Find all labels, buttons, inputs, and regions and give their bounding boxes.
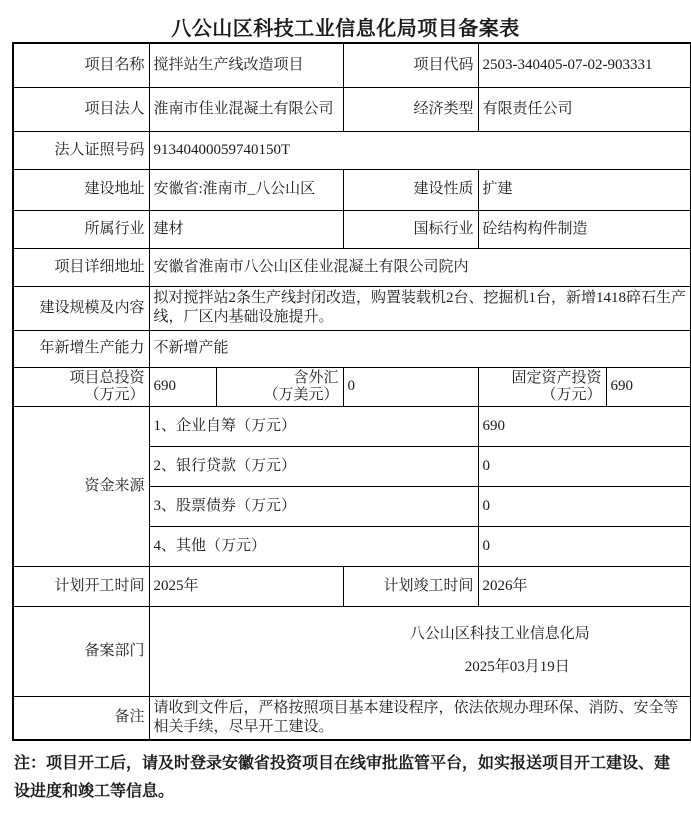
row-funding-1: 资金来源 1、企业自筹（万元） 690	[13, 406, 691, 446]
completion-time-label: 计划竣工时间	[343, 566, 478, 606]
row-construction-address: 建设地址 安徽省:淮南市_八公山区 建设性质 扩建	[13, 169, 691, 210]
completion-time-value: 2026年	[478, 566, 691, 606]
national-industry-label: 国标行业	[343, 210, 478, 248]
construction-nature-value: 扩建	[478, 169, 691, 210]
project-name-value: 搅拌站生产线改造项目	[149, 43, 343, 87]
filing-department-label: 备案部门	[13, 606, 149, 696]
funding-item-4-value: 0	[478, 526, 691, 566]
new-capacity-label: 年新增生产能力	[13, 330, 149, 367]
fixed-assets-label: 固定资产投资 （万元）	[478, 367, 606, 406]
industry-value: 建材	[149, 210, 343, 248]
row-detailed-address: 项目详细地址 安徽省淮南市八公山区佳业混凝土有限公司院内	[13, 248, 691, 286]
new-capacity-value: 不新增产能	[149, 330, 691, 367]
foreign-exchange-value: 0	[343, 367, 478, 406]
remarks-label: 备注	[13, 696, 149, 740]
funding-item-2-value: 0	[478, 446, 691, 486]
project-name-label: 项目名称	[13, 43, 149, 87]
row-project-name: 项目名称 搅拌站生产线改造项目 项目代码 2503-340405-07-02-9…	[13, 43, 691, 87]
row-schedule: 计划开工时间 2025年 计划竣工时间 2026年	[13, 566, 691, 606]
scale-content-label: 建设规模及内容	[13, 286, 149, 330]
filing-department-cell: 八公山区科技工业信息化局 2025年03月19日	[149, 606, 691, 696]
filing-department-date: 2025年03月19日	[154, 658, 687, 677]
row-legal-person: 项目法人 淮南市佳业混凝土有限公司 经济类型 有限责任公司	[13, 87, 691, 131]
row-investment: 项目总投资 （万元） 690 含外汇 （万美元） 0 固定资产投资 （万元） 6…	[13, 367, 691, 406]
footnote: 注：项目开工后，请及时登录安徽省投资项目在线审批监管平台，如实报送项目开工建设、…	[14, 750, 677, 806]
license-number-value: 91340400059740150T	[149, 131, 691, 169]
funding-item-3-value: 0	[478, 486, 691, 526]
funding-item-3-label: 3、股票债券（万元）	[149, 486, 478, 526]
license-number-label: 法人证照号码	[13, 131, 149, 169]
remarks-value: 请收到文件后，严格按照项目基本建设程序，依法依规办理环保、消防、安全等相关手续，…	[149, 696, 691, 740]
legal-person-label: 项目法人	[13, 87, 149, 131]
funding-label: 资金来源	[13, 406, 149, 566]
funding-item-4-label: 4、其他（万元）	[149, 526, 478, 566]
construction-nature-label: 建设性质	[343, 169, 478, 210]
funding-item-1-value: 690	[478, 406, 691, 446]
row-remarks: 备注 请收到文件后，严格按照项目基本建设程序，依法依规办理环保、消防、安全等相关…	[13, 696, 691, 740]
national-industry-value: 砼结构构件制造	[478, 210, 691, 248]
foreign-exchange-label: 含外汇 （万美元）	[216, 367, 343, 406]
scale-content-value: 拟对搅拌站2条生产线封闭改造，购置装载机2台、挖掘机1台，新增1418碎石生产线…	[149, 286, 691, 330]
row-filing-department: 备案部门 八公山区科技工业信息化局 2025年03月19日	[13, 606, 691, 696]
filing-form-table: 项目名称 搅拌站生产线改造项目 项目代码 2503-340405-07-02-9…	[12, 42, 691, 741]
row-new-capacity: 年新增生产能力 不新增产能	[13, 330, 691, 367]
funding-item-2-label: 2、银行贷款（万元）	[149, 446, 478, 486]
row-industry: 所属行业 建材 国标行业 砼结构构件制造	[13, 210, 691, 248]
page-title: 八公山区科技工业信息化局项目备案表	[0, 0, 691, 42]
start-time-value: 2025年	[149, 566, 343, 606]
funding-item-1-label: 1、企业自筹（万元）	[149, 406, 478, 446]
project-code-label: 项目代码	[343, 43, 478, 87]
project-code-value: 2503-340405-07-02-903331	[478, 43, 691, 87]
economic-type-label: 经济类型	[343, 87, 478, 131]
total-investment-label: 项目总投资 （万元）	[13, 367, 149, 406]
row-scale-content: 建设规模及内容 拟对搅拌站2条生产线封闭改造，购置装载机2台、挖掘机1台，新增1…	[13, 286, 691, 330]
row-license-number: 法人证照号码 91340400059740150T	[13, 131, 691, 169]
fixed-assets-value: 690	[606, 367, 691, 406]
economic-type-value: 有限责任公司	[478, 87, 691, 131]
total-investment-value: 690	[149, 367, 216, 406]
construction-address-label: 建设地址	[13, 169, 149, 210]
industry-label: 所属行业	[13, 210, 149, 248]
construction-address-value: 安徽省:淮南市_八公山区	[149, 169, 343, 210]
detailed-address-label: 项目详细地址	[13, 248, 149, 286]
legal-person-value: 淮南市佳业混凝土有限公司	[149, 87, 343, 131]
filing-department-org: 八公山区科技工业信息化局	[154, 625, 687, 644]
detailed-address-value: 安徽省淮南市八公山区佳业混凝土有限公司院内	[149, 248, 691, 286]
start-time-label: 计划开工时间	[13, 566, 149, 606]
